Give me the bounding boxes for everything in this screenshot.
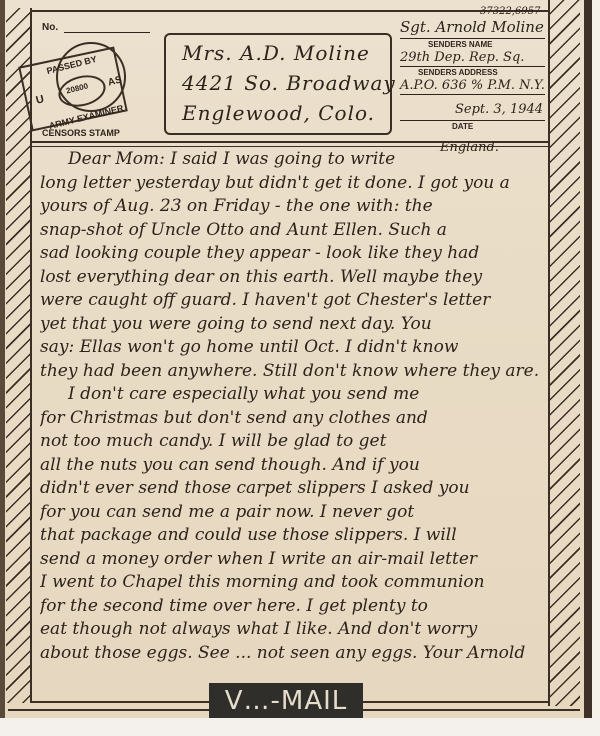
scan-edge-left	[0, 0, 5, 736]
letter-line: yet that you were going to send next day…	[40, 313, 548, 337]
sender-name-line	[400, 38, 545, 39]
letter-line: for Christmas but don't send any clothes…	[40, 407, 548, 431]
hatched-border-right	[548, 0, 580, 706]
number-field-line	[64, 32, 150, 33]
recipient-city: Englewood, Colo.	[182, 101, 375, 125]
letter-line: for you can send me a pair now. I never …	[40, 501, 548, 525]
letter-line: not too much candy. I will be glad to ge…	[40, 430, 548, 454]
frame-top-rule	[32, 10, 548, 12]
date-label: DATE	[452, 122, 473, 131]
letter-line: send a money order when I write an air-m…	[40, 548, 548, 572]
sender-serial-number: 37322,6957	[480, 6, 540, 17]
letter-line: I don't care especially what you send me	[40, 383, 548, 407]
letter-line: I went to Chapel this morning and took c…	[40, 571, 548, 595]
recipient-address-box: Mrs. A.D. Moline 4421 So. Broadway Engle…	[164, 33, 392, 135]
letter-line: they had been anywhere. Still don't know…	[40, 360, 548, 384]
scan-edge-right	[584, 0, 592, 736]
v-mail-badge: V…-MAIL	[209, 683, 363, 719]
sender-name-label: SENDERS NAME	[428, 40, 492, 49]
letter-line: eat though not always what I like. And d…	[40, 618, 548, 642]
letter-line: about those eggs. See ... not seen any e…	[40, 642, 548, 666]
letter-line: all the nuts you can send though. And if…	[40, 454, 548, 478]
letter-line: didn't ever send those carpet slippers I…	[40, 477, 548, 501]
censors-stamp-label: CENSORS STAMP	[42, 128, 120, 138]
letter-line: long letter yesterday but didn't get it …	[40, 172, 548, 196]
sender-apo: A.P.O. 636 % P.M. N.Y.	[400, 78, 545, 93]
recipient-street: 4421 So. Broadway	[182, 71, 396, 95]
letter-date: Sept. 3, 1944	[455, 102, 543, 117]
number-label: No.	[42, 22, 58, 33]
sender-name: Sgt. Arnold Moline	[400, 18, 544, 36]
sender-unit: 29th Dep. Rep. Sq.	[400, 50, 524, 65]
letter-line: that package and could use those slipper…	[40, 524, 548, 548]
letter-line: yours of Aug. 23 on Friday - the one wit…	[40, 195, 548, 219]
letter-line: for the second time over here. I get ple…	[40, 595, 548, 619]
sender-unit-line	[400, 66, 545, 67]
letter-line: Dear Mom: I said I was going to write	[40, 148, 548, 172]
sender-address-label: SENDERS ADDRESS	[418, 68, 498, 77]
letter-line: say: Ellas won't go home until Oct. I di…	[40, 336, 548, 360]
date-line	[400, 120, 545, 121]
letter-body: Dear Mom: I said I was going to write lo…	[40, 148, 548, 665]
letter-line: snap-shot of Uncle Otto and Aunt Ellen. …	[40, 219, 548, 243]
letter-line: were caught off guard. I haven't got Che…	[40, 289, 548, 313]
letter-line: sad looking couple they appear - look li…	[40, 242, 548, 266]
scan-bottom-margin	[0, 718, 600, 736]
sender-apo-line	[400, 94, 545, 95]
letter-line: lost everything dear on this earth. Well…	[40, 266, 548, 290]
recipient-name: Mrs. A.D. Moline	[182, 41, 370, 65]
